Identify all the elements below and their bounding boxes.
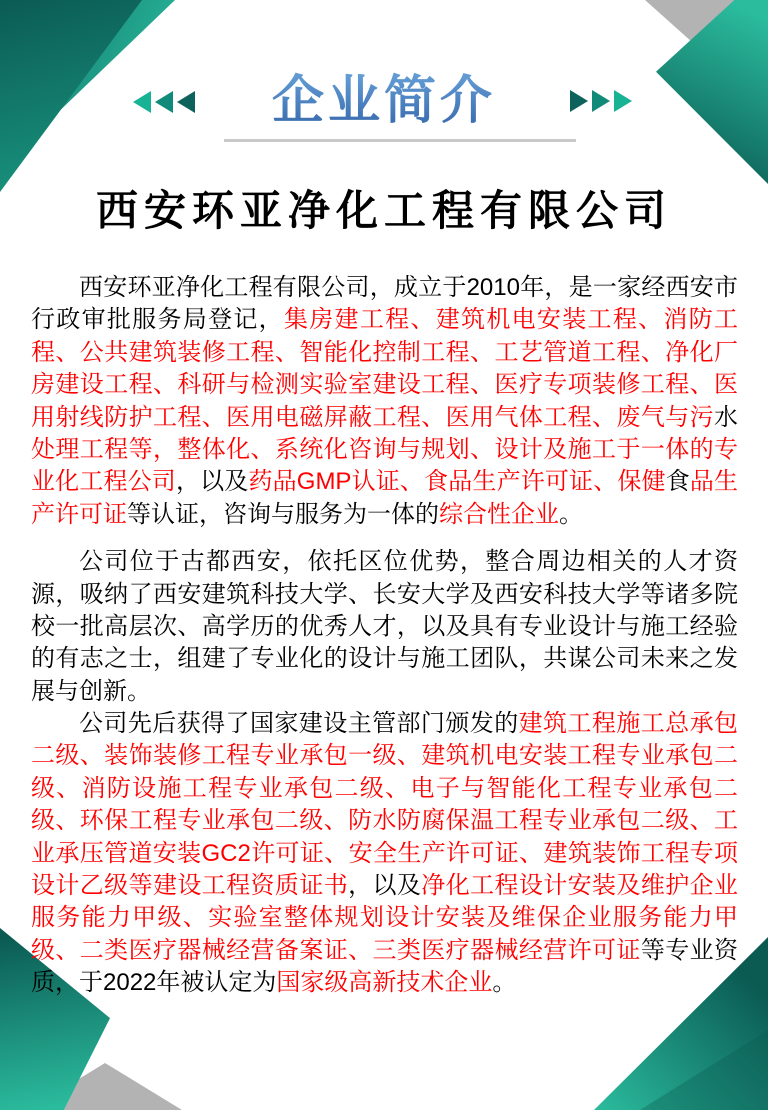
text-run: 等认证，咨询与服务为一体的: [127, 501, 439, 528]
text-run: 公司先后获得了国家建设主管部门颁发的: [79, 710, 519, 737]
arrow-right-icon: [570, 90, 588, 112]
company-name: 西安环亚净化工程有限公司: [0, 178, 768, 238]
text-run: 食: [666, 468, 690, 495]
corner-triangle-bottom-right-dark: [640, 1030, 768, 1110]
title-divider: [224, 139, 576, 142]
text-run: 建筑工程施工总承包二级、装饰装修工程专业承包一级、建筑机电安装工程专业承包二级、…: [31, 710, 738, 899]
text-run: 。: [559, 501, 583, 528]
paragraph: 西安环亚净化工程有限公司，成立于2010年，是一家经西安市行政审批服务局登记，集…: [31, 272, 738, 531]
arrow-right-icon: [592, 90, 610, 112]
text-run: 水: [714, 404, 738, 431]
corner-triangle-bottom-left-gray: [28, 1063, 182, 1110]
text-run: ，以及: [176, 468, 248, 495]
text-run: 药品GMP认证、食品生产许可证、保健: [248, 468, 665, 495]
triple-arrow-right-icon: [570, 90, 632, 112]
text-run: 。: [492, 969, 516, 996]
text-run: 公司位于古都西安，依托区位优势，整合周边相关的人才资源，吸纳了西安建筑科技大学、…: [31, 548, 738, 705]
paragraph: 公司先后获得了国家建设主管部门颁发的建筑工程施工总承包二级、装饰装修工程专业承包…: [31, 708, 738, 1000]
page-title: 企业简介: [0, 58, 768, 133]
text-run: 综合性企业: [439, 501, 559, 528]
company-profile-page: 企业简介 西安环亚净化工程有限公司 西安环亚净化工程有限公司，成立于2010年，…: [0, 0, 768, 1110]
paragraph: 公司位于古都西安，依托区位优势，整合周边相关的人才资源，吸纳了西安建筑科技大学、…: [31, 546, 738, 708]
profile-body: 西安环亚净化工程有限公司，成立于2010年，是一家经西安市行政审批服务局登记，集…: [31, 272, 738, 1000]
text-run: ，以及: [348, 872, 421, 899]
arrow-right-icon: [614, 90, 632, 112]
text-run: 国家级高新技术企业: [276, 969, 492, 996]
